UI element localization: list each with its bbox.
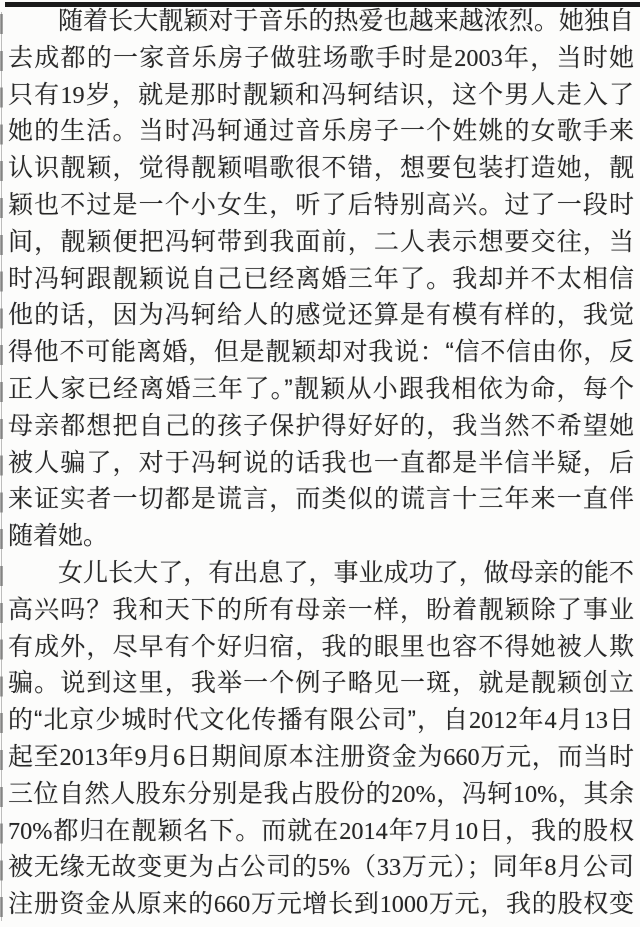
text-line: 被人骗了，对于冯轲说的话我也一直都是半信半疑，后 bbox=[8, 445, 634, 482]
text-line: 有成外，尽早有个好归宿，我的眼里也容不得她被人欺 bbox=[8, 629, 634, 666]
text-line: 去成都的一家音乐房子做驻场歌手时是2003年，当时她 bbox=[8, 40, 634, 77]
text-line: 起至2013年9月6日期间原本注册资金为660万元，而当时 bbox=[8, 739, 634, 776]
text-line: 随着她。 bbox=[8, 518, 634, 555]
text-line: 时冯轲跟靓颖说自己已经离婚三年了。我却并不太相信 bbox=[8, 261, 634, 298]
text-line: 认识靓颖，觉得靓颖唱歌很不错，想要包装打造她，靓 bbox=[8, 150, 634, 187]
text-line: 女儿长大了，有出息了，事业成功了，做母亲的能不 bbox=[8, 555, 634, 592]
text-line: 三位自然人股东分别是我占股份的20%，冯轲10%，其余 bbox=[8, 776, 634, 813]
text-line: 母亲都想把自己的孩子保护得好好的，我当然不希望她 bbox=[8, 408, 634, 445]
text-line: 颖也不过是一个小女生，听了后特别高兴。过了一段时 bbox=[8, 187, 634, 224]
text-line: 随着长大靓颖对于音乐的热爱也越来越浓烈。她独自 bbox=[8, 3, 634, 40]
text-line: 得他不可能离婚，但是靓颖却对我说：“信不信由你，反 bbox=[8, 334, 634, 371]
text-line: 高兴吗？我和天下的所有母亲一样，盼着靓颖除了事业 bbox=[8, 592, 634, 629]
left-edge-artifact bbox=[0, 12, 5, 921]
text-line: 来证实者一切都是谎言，而类似的谎言十三年来一直伴 bbox=[8, 481, 634, 518]
text-line: 她的生活。当时冯轲通过音乐房子一个姓姚的女歌手来 bbox=[8, 113, 634, 150]
article-text: 随着长大靓颖对于音乐的热爱也越来越浓烈。她独自 去成都的一家音乐房子做驻场歌手时… bbox=[8, 3, 634, 923]
text-line: 被无缘无故变更为占公司的5%（33万元）；同年8月公司 bbox=[8, 849, 634, 886]
text-line: 70%都归在靓颖名下。而就在2014年7月10日，我的股权 bbox=[8, 813, 634, 850]
text-line: 只有19岁，就是那时靓颖和冯轲结识，这个男人走入了 bbox=[8, 77, 634, 114]
text-line: 注册资金从原来的660万元增长到1000万元，我的股权变 bbox=[8, 886, 634, 923]
text-line: 他的话，因为冯轲给人的感觉还算是有模有样的，我觉 bbox=[8, 297, 634, 334]
text-line: 骗。说到这里，我举一个例子略见一斑，就是靓颖创立 bbox=[8, 665, 634, 702]
text-line: 正人家已经离婚三年了。”靓颖从小跟我相依为命，每个 bbox=[8, 371, 634, 408]
text-line: 的“北京少城时代文化传播有限公司”，自2012年4月13日 bbox=[8, 702, 634, 739]
article-page: 随着长大靓颖对于音乐的热爱也越来越浓烈。她独自 去成都的一家音乐房子做驻场歌手时… bbox=[0, 0, 640, 927]
text-line: 间，靓颖便把冯轲带到我面前，二人表示想要交往，当 bbox=[8, 224, 634, 261]
